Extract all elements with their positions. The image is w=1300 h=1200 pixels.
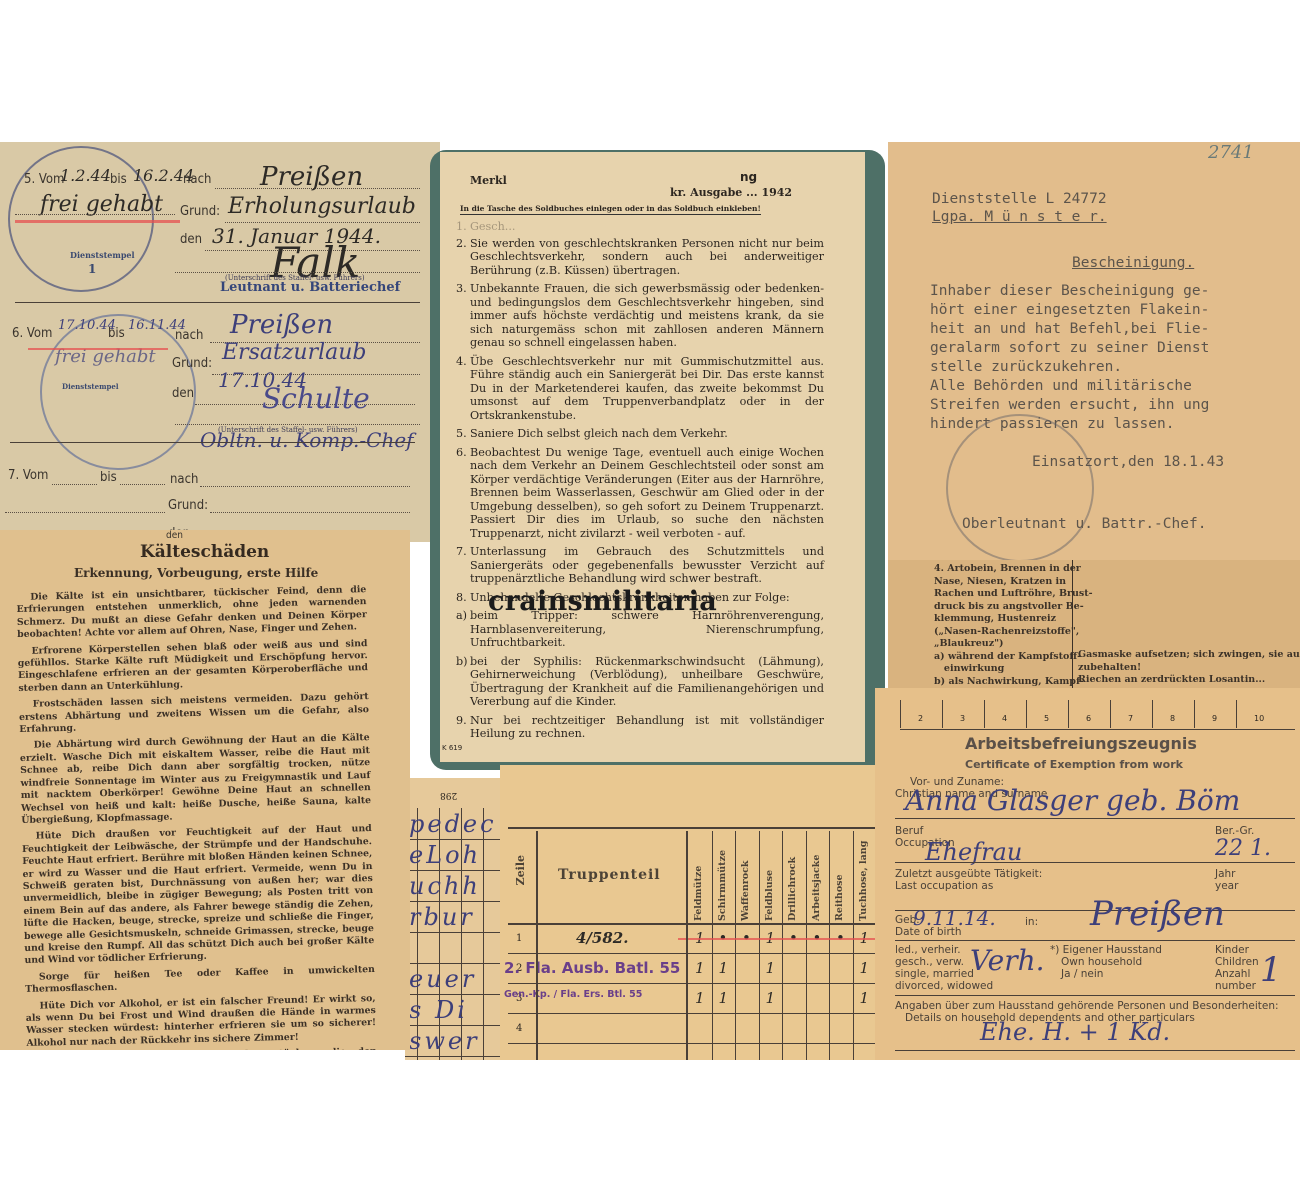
grid-line [405, 901, 505, 902]
issue-mark: 1 [766, 989, 776, 1007]
table-divider [686, 831, 688, 1060]
kaelte-title: Kälteschäden [140, 542, 269, 562]
entry5-grund-label: Grund: [180, 204, 220, 219]
merk-item: 6.Beobachtest Du wenige Tage, eventuell … [456, 446, 824, 541]
row-number: 4 [516, 1023, 522, 1034]
ruler-number: 2 [918, 714, 923, 723]
grid-line [405, 870, 505, 871]
gas-left-line: 4. Artobein, Brennen in der [934, 563, 1093, 576]
merk-item-text: Übe Geschlechtsverkehr nur mit Gummischu… [470, 355, 824, 423]
merk-item-text: bei der Syphilis: Rückenmarkschwindsucht… [470, 655, 824, 709]
merk-item-num: 1. [456, 220, 470, 234]
clothing-record-table: Zeile Truppenteil 14/582.1••1•••122. Fla… [500, 765, 885, 1060]
numbered-ruler: 2345678910 [900, 700, 1295, 730]
kaelte-paragraph: Die Kälte ist ein unsichtbarer, tückisch… [16, 584, 367, 642]
entry5-from: 1.2.44 [60, 166, 111, 185]
ruler-tick [1026, 700, 1027, 728]
work-exemption-certificate: 2345678910 Arbeitsbefreiungszeugnis Cert… [875, 688, 1300, 1060]
place-date: Einsatzort,den 18.1.43 [1032, 453, 1224, 472]
stamp2-label: Dienststempel [62, 382, 119, 391]
grid-line [483, 808, 484, 1060]
merkblatt-leaflet: Merkl ng kr. Ausgabe ... 1942 In die Tas… [440, 152, 865, 762]
table-rule [508, 923, 878, 925]
bescheinigung-line: heit an und hat Befehl,bei Flie- [930, 320, 1209, 339]
merk-item-text: Unbekannte Frauen, die sich gewerbsmässi… [470, 282, 824, 350]
entry6-reason: Ersatzurlaub [222, 340, 367, 365]
issue-mark: 1 [719, 989, 729, 1007]
sheet-fragment: swer [409, 1027, 480, 1055]
merk-item: 4.Übe Geschlechtsverkehr nur mit Gummisc… [456, 355, 824, 423]
gas-right-line: Riechen an zerdrückten Losantin... [1078, 674, 1300, 687]
office-line-2: Lgpa. M ü n s t e r. [932, 208, 1107, 227]
gas-left-line: einwirkung [934, 663, 1093, 676]
kaelte-paragraph: Frostschäden lassen sich meistens vermei… [19, 691, 370, 736]
merk-item-text: Unterlassung im Gebrauch des Schutzmitte… [470, 545, 824, 586]
merk-item-num: 9. [456, 714, 470, 741]
table-divider [782, 831, 783, 1060]
table-divider [759, 831, 760, 1060]
merk-item-num: 7. [456, 545, 470, 586]
entry6-grund-label: Grund: [172, 356, 212, 371]
merk-header-right: kr. Ausgabe ... 1942 [670, 186, 792, 199]
gas-right-line: Gasmaske aufsetzen; sich zwingen, sie au… [1078, 649, 1300, 662]
ruler-number: 10 [1254, 714, 1264, 723]
entry7-grund-label: Grund: [168, 498, 208, 513]
issue-mark: 1 [766, 959, 776, 977]
kinder-label-en: Children [1215, 956, 1259, 969]
ruler-number: 7 [1128, 714, 1133, 723]
office-line-1: Dienststelle L 24772 [932, 190, 1107, 209]
merk-item-text: Saniere Dich selbst gleich nach dem Verk… [470, 427, 824, 441]
stand-label-en2: divorced, widowed [895, 980, 993, 993]
gas-left-line: druck bis zu angstvoller Be- [934, 601, 1093, 614]
ruler-number: 3 [960, 714, 965, 723]
stand-label-de1: led., verheir. [895, 944, 961, 957]
entry6-nach-label: nach [175, 328, 203, 343]
kaelte-subtitle: Erkennung, Vorbeugung, erste Hilfe [74, 566, 318, 580]
angaben-label-de: Angaben über zum Hausstand gehörende Per… [895, 1000, 1279, 1013]
entry7-num: 7. Vom [8, 468, 48, 483]
merk-item: 3.Unbekannte Frauen, die sich gewerbsmäs… [456, 282, 824, 350]
entry5-num: 5. Vom [24, 172, 64, 187]
issue-mark: 1 [860, 959, 870, 977]
column-header: Waffenrock [740, 839, 751, 921]
gas-left-line: a) während der Kampfstoff- [934, 651, 1093, 664]
ruler-number: 8 [1170, 714, 1175, 723]
entry5-signer-stamp: Leutnant u. Batteriechef [220, 280, 400, 295]
merk-item-num: a) [456, 609, 470, 650]
grid-line [405, 994, 505, 995]
corner-number: 2741 [1208, 142, 1254, 163]
column-header: Schirmmütze [717, 839, 728, 921]
table-divider [735, 831, 736, 1060]
haus-label-en: Own household [1061, 956, 1142, 969]
table-rule [508, 983, 878, 984]
bescheinigung-certificate: 2741 Dienststelle L 24772 Lgpa. M ü n s … [888, 142, 1300, 567]
column-header: Feldbluse [764, 839, 775, 921]
ruler-tick [1236, 700, 1237, 728]
letzt-label-de: Zuletzt ausgeübte Tätigkeit: [895, 868, 1042, 881]
ruler-tick [1068, 700, 1069, 728]
sheet-fragment: eLoh [409, 841, 481, 869]
merk-item: 9.Nur bei rechtzeitiger Behandlung ist m… [456, 714, 824, 741]
gas-left-line: Nase, Niesen, Kratzen in [934, 576, 1093, 589]
entry6-destination: Preißen [230, 310, 333, 340]
kinder-label-de: Kinder [1215, 944, 1249, 957]
merk-item-text: Beobachtest Du wenige Tage, eventuell au… [470, 446, 824, 541]
sheet-fragment: s Di [409, 996, 468, 1024]
merk-item-list: 1.Gesch...2.Sie werden von geschlechtskr… [456, 220, 824, 746]
table-rule [508, 953, 878, 954]
bescheinigung-line: Streifen werden ersucht, ihn ung [930, 396, 1209, 415]
table-rule [508, 1043, 878, 1044]
gas-right-column: Gasmaske aufsetzen; sich zwingen, sie au… [1078, 649, 1300, 687]
merk-form-code: K 619 [442, 744, 462, 752]
bescheinigung-line: hört einer eingesetzten Flakein- [930, 301, 1209, 320]
column-header: Drillichrock [787, 839, 798, 921]
ruler-tick [1194, 700, 1195, 728]
entry5-den-label: den [180, 232, 202, 247]
ruler-tick [984, 700, 985, 728]
kaelte-body: Die Kälte ist ein unsichtbarer, tückisch… [16, 584, 378, 1050]
sheet-fragment: euer [409, 965, 476, 993]
merk-item-text: Gesch... [470, 220, 824, 234]
anzahl-label-de: Anzahl [1215, 968, 1250, 981]
table-divider [806, 831, 807, 1060]
merk-item: 2.Sie werden von geschlechtskranken Pers… [456, 237, 824, 278]
gas-right-line: zubehalten! [1078, 662, 1300, 675]
column-header: Tuchhose, lang [858, 839, 869, 921]
col-zeile: Zeile [514, 855, 527, 885]
entry6-signer-title: Obltn. u. Komp.-Chef [200, 428, 414, 452]
entry6-signature: Schulte [262, 382, 370, 415]
arbeit-title: Arbeitsbefreiungszeugnis [965, 734, 1197, 753]
kaelte-paragraph: Erfrorene Körperstellen sehen blaß oder … [17, 638, 368, 696]
kaelte-paragraph: Die Abhärtung wird durch Gewöhnung der H… [20, 733, 372, 828]
bescheinigung-line: stelle zurückzukehren. [930, 358, 1209, 377]
signer-title: Oberleutnant u. Battr.-Chef. [962, 515, 1206, 534]
column-header: Reithose [834, 839, 845, 921]
kinder-value: 1 [1260, 950, 1282, 990]
troop-unit: Gen.-Kp. / Fla. Ers. Btl. 55 [504, 989, 642, 1000]
merk-item-text: Sie werden von geschlechtskranken Person… [470, 237, 824, 278]
entry7-bis-label: bis [100, 470, 117, 485]
column-header: Arbeitsjacke [811, 839, 822, 921]
ruler-tick [1110, 700, 1111, 728]
merk-item-num: 4. [456, 355, 470, 423]
gas-left-line: Rachen und Luftröhre, Brust- [934, 588, 1093, 601]
stand-value: Verh. [970, 944, 1045, 977]
jahr-label-en: year [1215, 880, 1238, 893]
in-value: Preißen [1090, 894, 1225, 934]
table-divider [712, 831, 713, 1060]
issue-mark: 1 [860, 989, 870, 1007]
table-divider [829, 831, 830, 1060]
handwritten-ledger-sheet: 298 pedeceLohuchhrbureuers Diswer [405, 778, 505, 1060]
bescheinigung-body: Inhaber dieser Bescheinigung ge-hört ein… [930, 282, 1209, 434]
merk-item: 1.Gesch... [456, 220, 824, 234]
sheet-fragment: uchh [409, 872, 481, 900]
soldbuch-leave-page: 5. Vom 1.2.44 bis 16.2.44 nach Preißen f… [0, 142, 440, 542]
table-rule [508, 1013, 878, 1014]
issue-mark: 1 [719, 959, 729, 977]
letzt-label-en: Last occupation as [895, 880, 993, 893]
table-divider [853, 831, 854, 1060]
entry5-bis-label: bis [110, 172, 127, 187]
col-truppenteil: Truppenteil [558, 867, 661, 883]
stamp1-label: Dienststempel [70, 250, 135, 260]
grid-line [405, 932, 505, 933]
haus-label-de: *) Eigener Hausstand [1050, 944, 1162, 957]
kaelte-paragraph: Hüte Dich vor Alkohol, er ist ein falsch… [25, 993, 376, 1050]
gas-left-line: („Nasen-Rachenreizstoffe", [934, 626, 1093, 639]
beruf-label-de: Beruf [895, 825, 923, 838]
bescheinigung-title: Bescheinigung. [1072, 254, 1194, 273]
eagle-stamp [946, 414, 1094, 562]
row-number: 1 [516, 933, 522, 944]
merk-item: 5.Saniere Dich selbst gleich nach dem Ve… [456, 427, 824, 441]
troop-unit: 4/582. [576, 929, 628, 947]
column-header: Feldmütze [693, 839, 704, 921]
geb-value: 9.11.14. [913, 906, 996, 930]
grid-line [405, 1056, 505, 1057]
kaelte-paragraph: Sorge für heißen Tee oder Kaffee in umwi… [25, 964, 375, 997]
gas-warfare-leaflet: 4. Artobein, Brennen in derNase, Niesen,… [888, 560, 1300, 690]
grid-line [405, 839, 505, 840]
bergr-value: 22 1. [1215, 836, 1271, 861]
ruler-number: 4 [1002, 714, 1007, 723]
entry5-nach-label: nach [183, 172, 211, 187]
ruler-number: 6 [1086, 714, 1091, 723]
bescheinigung-line: Inhaber dieser Bescheinigung ge- [930, 282, 1209, 301]
in-label: in: [1025, 916, 1038, 929]
kaelte-paragraph: Hüte Dich draußen vor Feuchtigkeit auf d… [22, 823, 375, 967]
name-value: Anna Glasger geb. Böm [905, 784, 1240, 817]
issue-mark: 1 [695, 989, 705, 1007]
entry5-destination: Preißen [260, 162, 363, 192]
merk-item: 7.Unterlassung im Gebrauch des Schutzmit… [456, 545, 824, 586]
merk-item: b)bei der Syphilis: Rückenmarkschwindsuc… [456, 655, 824, 709]
issue-mark: 1 [695, 959, 705, 977]
bescheinigung-line: Alle Behörden und militärische [930, 377, 1209, 396]
haus-label-yn: Ja / nein [1061, 968, 1103, 981]
jahr-label-de: Jahr [1215, 868, 1236, 881]
merk-item-num: 8. [456, 591, 470, 605]
merk-item-num: 2. [456, 237, 470, 278]
stamp1-number: 1 [88, 262, 96, 276]
entry5-reason: Erholungsurlaub [228, 194, 416, 219]
ruler-tick [1152, 700, 1153, 728]
gas-left-line: b) als Nachwirkung, Kampf- [934, 676, 1093, 689]
angaben-value: Ehe. H. + 1 Kd. [980, 1018, 1170, 1046]
watermark-text: crainsmilitaria [488, 586, 717, 617]
gas-left-line: klemmung, Hustenreiz [934, 613, 1093, 626]
kaelte-top-partial: den [166, 530, 183, 541]
red-strike-line [678, 938, 878, 940]
merk-item-text: Nur bei rechtzeitiger Behandlung ist mit… [470, 714, 824, 741]
entry6-den-label: den [172, 386, 194, 401]
troop-unit: 2. Fla. Ausb. Batl. 55 [504, 959, 680, 977]
ruler-tick [900, 700, 901, 728]
stand-label-de2: gesch., verw. [895, 956, 964, 969]
merk-instruction: In die Tasche des Soldbuches einlegen od… [460, 204, 761, 215]
ruler-number: 9 [1212, 714, 1217, 723]
gas-left-line: „Blaukreuz") [934, 638, 1093, 651]
sheet-page-number: 298 [440, 790, 457, 800]
merk-item-num: 5. [456, 427, 470, 441]
merk-item-num: 3. [456, 282, 470, 350]
sheet-fragment: rbur [409, 903, 475, 931]
merk-item-num: 6. [456, 446, 470, 541]
merk-header-partial: ng [740, 170, 757, 184]
table-divider [536, 831, 538, 1060]
kaelteschaeden-leaflet: den Kälteschäden Erkennung, Vorbeugung, … [0, 530, 410, 1050]
gas-left-column: 4. Artobein, Brennen in derNase, Niesen,… [934, 563, 1093, 690]
bescheinigung-line: geralarm sofort zu seiner Dienst [930, 339, 1209, 358]
anzahl-label-en: number [1215, 980, 1256, 993]
stand-label-en1: single, married [895, 968, 974, 981]
red-strike-line [15, 220, 180, 223]
merk-header-left: Merkl [470, 174, 507, 187]
entry6-num: 6. Vom [12, 326, 52, 341]
grid-line [405, 963, 505, 964]
arbeit-subtitle: Certificate of Exemption from work [965, 758, 1183, 771]
grid-line [405, 1025, 505, 1026]
ruler-number: 5 [1044, 714, 1049, 723]
ruler-tick [942, 700, 943, 728]
merk-item-num: b) [456, 655, 470, 709]
entry6-bis-label: bis [108, 326, 125, 341]
entry7-nach-label: nach [170, 472, 198, 487]
sheet-fragment: pedec [409, 810, 497, 838]
